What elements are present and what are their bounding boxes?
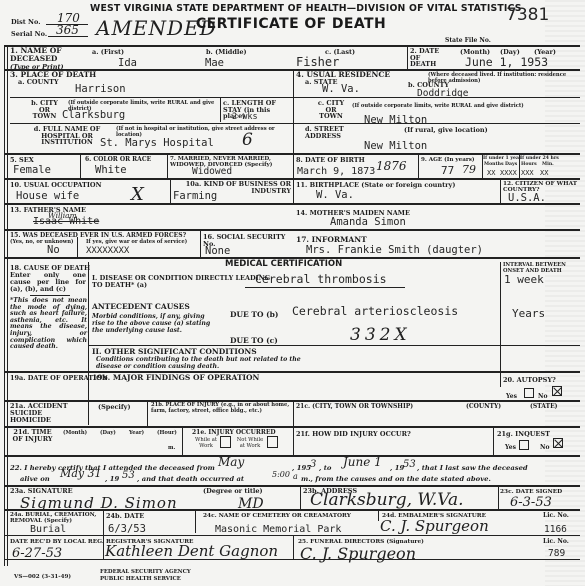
mother: Amanda Simon [330, 217, 406, 228]
pod-city: Clarksburg [62, 110, 125, 121]
autopsy-yes-checkbox[interactable] [524, 388, 534, 398]
border-left-inner [7, 46, 8, 566]
registrar-signature: Kathleen Dent Gagnon [105, 542, 278, 560]
res-street: New Milton [364, 141, 427, 152]
not-while-at-work-checkbox[interactable] [267, 436, 278, 448]
inquest-label: 21g. INQUEST [497, 430, 550, 438]
accident-specify-label: (Specify) [98, 403, 131, 411]
cause-instructions: Enter only one cause per line for (a), (… [10, 272, 86, 293]
armed-sub-label: (Yes, no, or unknown) [10, 239, 73, 245]
injury-m-label: m. [168, 445, 175, 451]
cert-line2-a: alive on [20, 475, 50, 483]
op-findings-label: 19b. MAJOR FINDINGS OF OPERATION [92, 374, 259, 382]
cause-b: Cerebral arterioscleosis [292, 306, 458, 317]
burial-date: 6/3/53 [108, 524, 146, 535]
injury-year-label: Year) [129, 430, 144, 436]
form-number: VS—002 (3-31-49) [14, 573, 71, 581]
injury-place-label: 21b. PLACE OF INJURY (e.g., in or about … [151, 402, 296, 414]
occupation: House wife [16, 191, 79, 202]
last-name: Fisher [296, 57, 339, 68]
birthplace: W. Va. [316, 190, 354, 201]
cert-death-time: 5:00 [272, 470, 290, 479]
director-lic-label: Lic. No. [543, 538, 569, 546]
funeral-director-signature: C. J. Spurgeon [300, 544, 416, 563]
death-certificate: WEST VIRGINIA STATE DEPARTMENT OF HEALTH… [0, 0, 585, 586]
due-to-c-label: DUE TO (c) [230, 337, 278, 345]
residence-note: (Where deceased lived. If institution: r… [428, 72, 583, 84]
embalmer-lic-label: Lic. No. [543, 512, 569, 520]
res-city-label: c. CITY OR TOWN [316, 100, 346, 120]
certificate-title: CERTIFICATE OF DEATH [196, 16, 386, 32]
autopsy-no-checkbox[interactable] [552, 386, 562, 396]
how-injury-label: 21f. HOW DID INJURY OCCUR? [296, 430, 411, 438]
injury-time-label: 21d. TIME OF INJURY [10, 429, 55, 443]
antecedent-note: Morbid conditions, if any, giving rise t… [92, 313, 217, 334]
cert-alive-date: May 31 [60, 467, 102, 480]
serial-no-label: Serial No. [11, 30, 47, 38]
interval-a: 1 week [504, 274, 544, 285]
serial-no: 365 [56, 23, 79, 37]
sex-label: 5. SEX [10, 156, 34, 164]
hospital-annotation: 6 [242, 130, 253, 150]
age: 77 [441, 165, 454, 176]
sex: Female [13, 165, 51, 176]
footer-agency-2: PUBLIC HEALTH SERVICE [100, 575, 181, 583]
not-while-at-work-label: Not While at Work [234, 437, 266, 449]
cause-code: 332X [350, 325, 411, 345]
other-conditions-note: Conditions contributing to the death but… [96, 356, 306, 370]
state-file-label: State File No. [445, 37, 491, 45]
middle-name: Mae [205, 58, 224, 69]
director-lic: 789 [548, 548, 565, 559]
burial-type-label: 24a. BURIAL, CREMATION, REMOVAL (Specify… [10, 512, 105, 524]
autopsy-label: 20. AUTOPSY? [503, 376, 556, 384]
date-recd-label: DATE REC'D BY LOCAL REG. [10, 538, 104, 546]
first-name: Ida [118, 58, 137, 69]
cert-from-month: May [218, 455, 244, 469]
injury-month-label: (Month) [63, 430, 87, 436]
injury-city-label: 21c. (CITY, TOWN OR TOWNSHIP) [296, 403, 413, 411]
ssn: None [205, 246, 230, 257]
marital-label: 7. MARRIED, NEVER MARRIED, WIDOWED, DIVO… [170, 156, 295, 168]
pod-county: Harrison [75, 84, 126, 95]
dist-no-label: Dist No. [11, 18, 40, 26]
serial-underline [48, 36, 88, 37]
race: White [95, 165, 127, 176]
cemetery-label: 24c. NAME OF CEMETERY OR CREAMATORY [203, 512, 351, 520]
cemetery: Masonic Memorial Park [215, 524, 341, 535]
dob-correction: 1876 [376, 159, 407, 173]
cert-line1-a: 22. I hereby certify that I attended the… [10, 464, 215, 472]
due-to-b-label: DUE TO (b) [230, 311, 278, 319]
race-label: 6. COLOR OR RACE [85, 156, 151, 164]
dob-label: 8. DATE OF BIRTH [296, 156, 365, 164]
inquest-no-label: No [540, 444, 550, 452]
hospital: St. Marys Hospital [100, 138, 214, 149]
degree-label: (Degree or title) [203, 487, 263, 495]
physician-address: Clarksburg, W.Va. [310, 490, 464, 510]
age-correction: 79 [462, 163, 476, 176]
other-conditions-label: II. OTHER SIGNIFICANT CONDITIONS [92, 348, 257, 356]
injury-occurred-label: 21e. INJURY OCCURRED [192, 429, 276, 437]
inquest-no-checkbox[interactable] [553, 438, 563, 448]
border-left [4, 46, 5, 566]
date-of-death-label: 2. DATE OF DEATH [410, 48, 442, 68]
accident-label: 21a. ACCIDENT SUICIDE HOMICIDE [10, 403, 80, 424]
antecedent-label: ANTECEDENT CAUSES [92, 303, 190, 311]
informant-label: 17. INFORMANT [296, 236, 367, 244]
first-name-label: a. (First) [92, 48, 124, 56]
res-city: New Milton [364, 115, 427, 126]
cert-line2-d: m., from the causes and on the date stat… [301, 475, 491, 483]
embalmer-signature: C. J. Spurgeon [380, 517, 489, 535]
injury-day-label: (Day) [100, 430, 116, 436]
injury-state-label: (STATE) [530, 403, 558, 411]
dob: March 9, 1873 [297, 166, 375, 177]
cert-line1-e: , that I last saw the deceased [417, 464, 528, 472]
injury-hour-label: (Hour) [157, 430, 177, 436]
pod-city-label: b. CITY OR TOWN [27, 100, 62, 120]
father-name: Isaac White [33, 216, 99, 227]
embalmer-lic: 1166 [544, 524, 567, 535]
pod-county-label: a. COUNTY [18, 78, 59, 86]
inquest-yes-label: Yes [505, 444, 516, 452]
armed-dates-label: If yes, give war or dates of service) [86, 239, 187, 245]
cert-to-year: 53 [403, 459, 416, 470]
cause-note: *This does not mean the mode of dying, s… [10, 298, 87, 351]
res-street-label: d. STREET ADDRESS [305, 126, 350, 139]
interval-b: Years [512, 308, 545, 319]
burial-type: Burial [30, 524, 66, 535]
informant: Mrs. Frankie Smith (daugter) [306, 245, 483, 256]
res-state: W. Va. [322, 84, 360, 95]
date-of-death: June 1, 1953 [465, 57, 548, 68]
medical-heading: MEDICAL CERTIFICATION [225, 260, 342, 268]
cert-to-date: June 1 [343, 455, 382, 469]
occupation-mark: X [131, 184, 144, 205]
hospital-label: d. FULL NAME OF HOSPITAL OR INSTITUTION [32, 126, 102, 146]
inquest-yes-checkbox[interactable] [519, 440, 529, 450]
cert-line2-c: , and that death occurred at [137, 475, 244, 483]
cert-alive-year: 53 [122, 470, 135, 481]
cert-line1-c: , to [319, 464, 331, 472]
res-street-note: (If rural, give location) [404, 126, 488, 134]
marital: Widowed [192, 166, 232, 177]
cert-line1-b: , 195 [292, 464, 311, 472]
certificate-number: 7381 [506, 10, 549, 21]
cause-a: Cerebral thrombosis [255, 274, 387, 285]
business: Farming [173, 191, 217, 202]
armed-forces: No [47, 245, 60, 256]
deceased-label: 1. NAME OF DECEASED [10, 47, 70, 63]
while-at-work-checkbox[interactable] [220, 436, 231, 448]
cert-from-year: 3 [310, 459, 316, 470]
while-at-work-label: While at Work [192, 437, 220, 449]
agency-title: WEST VIRGINIA STATE DEPARTMENT OF HEALTH… [90, 3, 522, 14]
occupation-label: 10. USUAL OCCUPATION [10, 181, 102, 189]
stay: 2 wks [232, 112, 258, 123]
burial-date-label: 24b. DATE [106, 512, 144, 520]
birthplace-label: 11. BIRTHPLACE (State or foreign country… [296, 181, 455, 189]
middle-name-label: b. (Middle) [206, 48, 247, 56]
armed-dates: XXXXXXXX [86, 246, 129, 257]
cert-line2-b: , 19 [105, 475, 119, 483]
res-city-note: (If outside corporate limits, write RURA… [352, 103, 524, 109]
cert-death-ampm: a [293, 472, 298, 481]
date-signed: 6-3-53 [510, 495, 552, 510]
injury-county-label: (COUNTY) [466, 403, 501, 411]
